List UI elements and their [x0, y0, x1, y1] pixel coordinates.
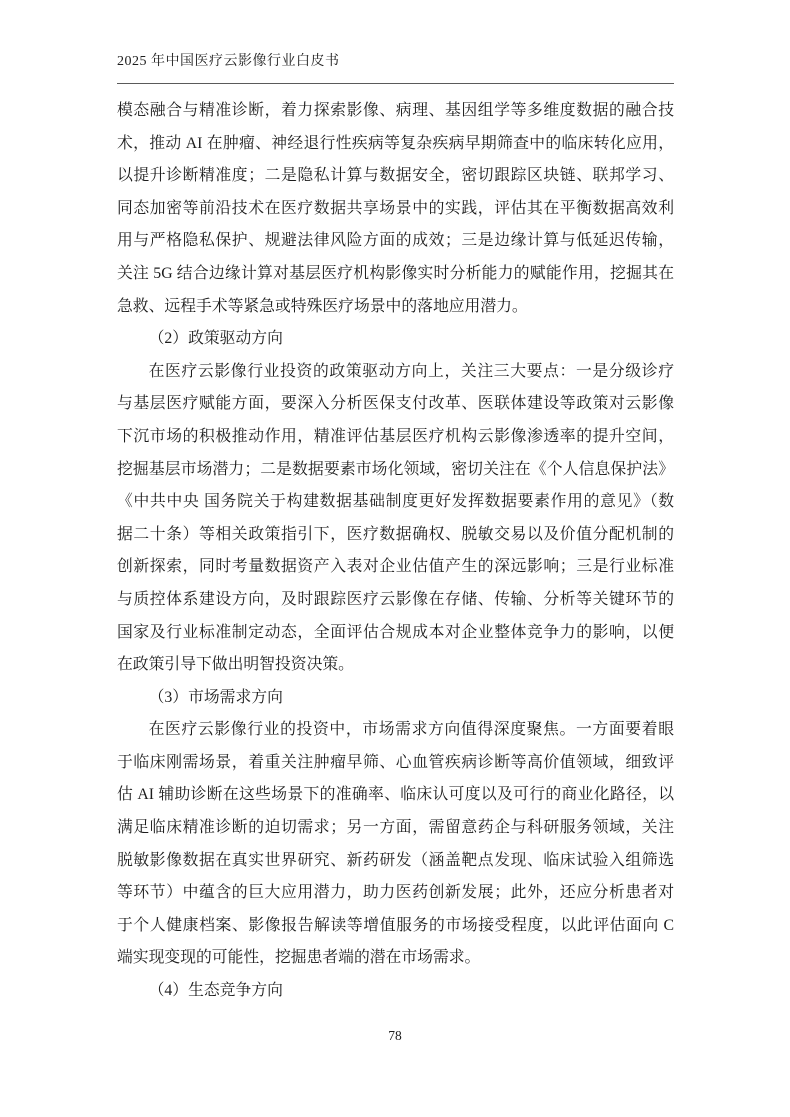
body-text-line: 在政策引导下做出明智投资决策。	[117, 649, 674, 682]
body-text-line: 创新探索，同时考量数据资产入表对企业估值产生的深远影响；三是行业标准	[117, 551, 674, 584]
section-heading: （3）市场需求方向	[117, 682, 674, 715]
body-text-line: 同态加密等前沿技术在医疗数据共享场景中的实践，评估其在平衡数据高效利	[117, 193, 674, 226]
body-text-line: 与质控体系建设方向，及时跟踪医疗云影像在存储、传输、分析等关键环节的	[117, 584, 674, 617]
body-text-line: 在医疗云影像行业的投资中，市场需求方向值得深度聚焦。一方面要着眼	[117, 714, 674, 747]
document-header-title: 2025 年中国医疗云影像行业白皮书	[117, 53, 674, 71]
body-text-line: 关注 5G 结合边缘计算对基层医疗机构影像实时分析能力的赋能作用，挖掘其在	[117, 258, 674, 291]
body-text-line: 等环节）中蕴含的巨大应用潜力，助力医药创新发展；此外，还应分析患者对	[117, 877, 674, 910]
body-text-line: 下沉市场的积极推动作用，精准评估基层医疗机构云影像渗透率的提升空间，	[117, 421, 674, 454]
body-text-line: 与基层医疗赋能方面，要深入分析医保支付改革、医联体建设等政策对云影像	[117, 388, 674, 421]
body-text-line: 挖掘基层市场潜力；二是数据要素市场化领域，密切关注在《个人信息保护法》	[117, 454, 674, 487]
document-page: 2025 年中国医疗云影像行业白皮书 模态融合与精准诊断，着力探索影像、病理、基…	[0, 0, 790, 1117]
body-text-line: 在医疗云影像行业投资的政策驱动方向上，关注三大要点：一是分级诊疗	[117, 356, 674, 389]
body-text-line: 以提升诊断精准度；二是隐私计算与数据安全，密切跟踪区块链、联邦学习、	[117, 160, 674, 193]
body-text-line: 于临床刚需场景，着重关注肿瘤早筛、心血管疾病诊断等高价值领域，细致评	[117, 747, 674, 780]
body-text-line: 端实现变现的可能性，挖掘患者端的潜在市场需求。	[117, 942, 674, 975]
body-text-line: 急救、远程手术等紧急或特殊医疗场景中的落地应用潜力。	[117, 291, 674, 324]
section-heading: （2）政策驱动方向	[117, 323, 674, 356]
body-text-line: 模态融合与精准诊断，着力探索影像、病理、基因组学等多维度数据的融合技	[117, 95, 674, 128]
body-text-line: 于个人健康档案、影像报告解读等增值服务的市场接受程度，以此评估面向 C	[117, 910, 674, 943]
header-divider	[117, 83, 674, 84]
page-number: 78	[0, 1028, 790, 1044]
body-text-line: 国家及行业标准制定动态，全面评估合规成本对企业整体竞争力的影响，以便	[117, 617, 674, 650]
body-text-line: 术，推动 AI 在肿瘤、神经退行性疾病等复杂疾病早期筛查中的临床转化应用，	[117, 128, 674, 161]
body-text-line: 据二十条）等相关政策指引下，医疗数据确权、脱敏交易以及价值分配机制的	[117, 519, 674, 552]
body-text-line: 脱敏影像数据在真实世界研究、新药研发（涵盖靶点发现、临床试验入组筛选	[117, 845, 674, 878]
body-text-line: 估 AI 辅助诊断在这些场景下的准确率、临床认可度以及可行的商业化路径，以	[117, 779, 674, 812]
section-heading: （4）生态竞争方向	[117, 975, 674, 1008]
document-body: 模态融合与精准诊断，着力探索影像、病理、基因组学等多维度数据的融合技术，推动 A…	[117, 95, 674, 1008]
body-text-line: 《中共中央 国务院关于构建数据基础制度更好发挥数据要素作用的意见》（数	[117, 486, 674, 519]
body-text-line: 用与严格隐私保护、规避法律风险方面的成效；三是边缘计算与低延迟传输，	[117, 225, 674, 258]
body-text-line: 满足临床精准诊断的迫切需求；另一方面，需留意药企与科研服务领域，关注	[117, 812, 674, 845]
